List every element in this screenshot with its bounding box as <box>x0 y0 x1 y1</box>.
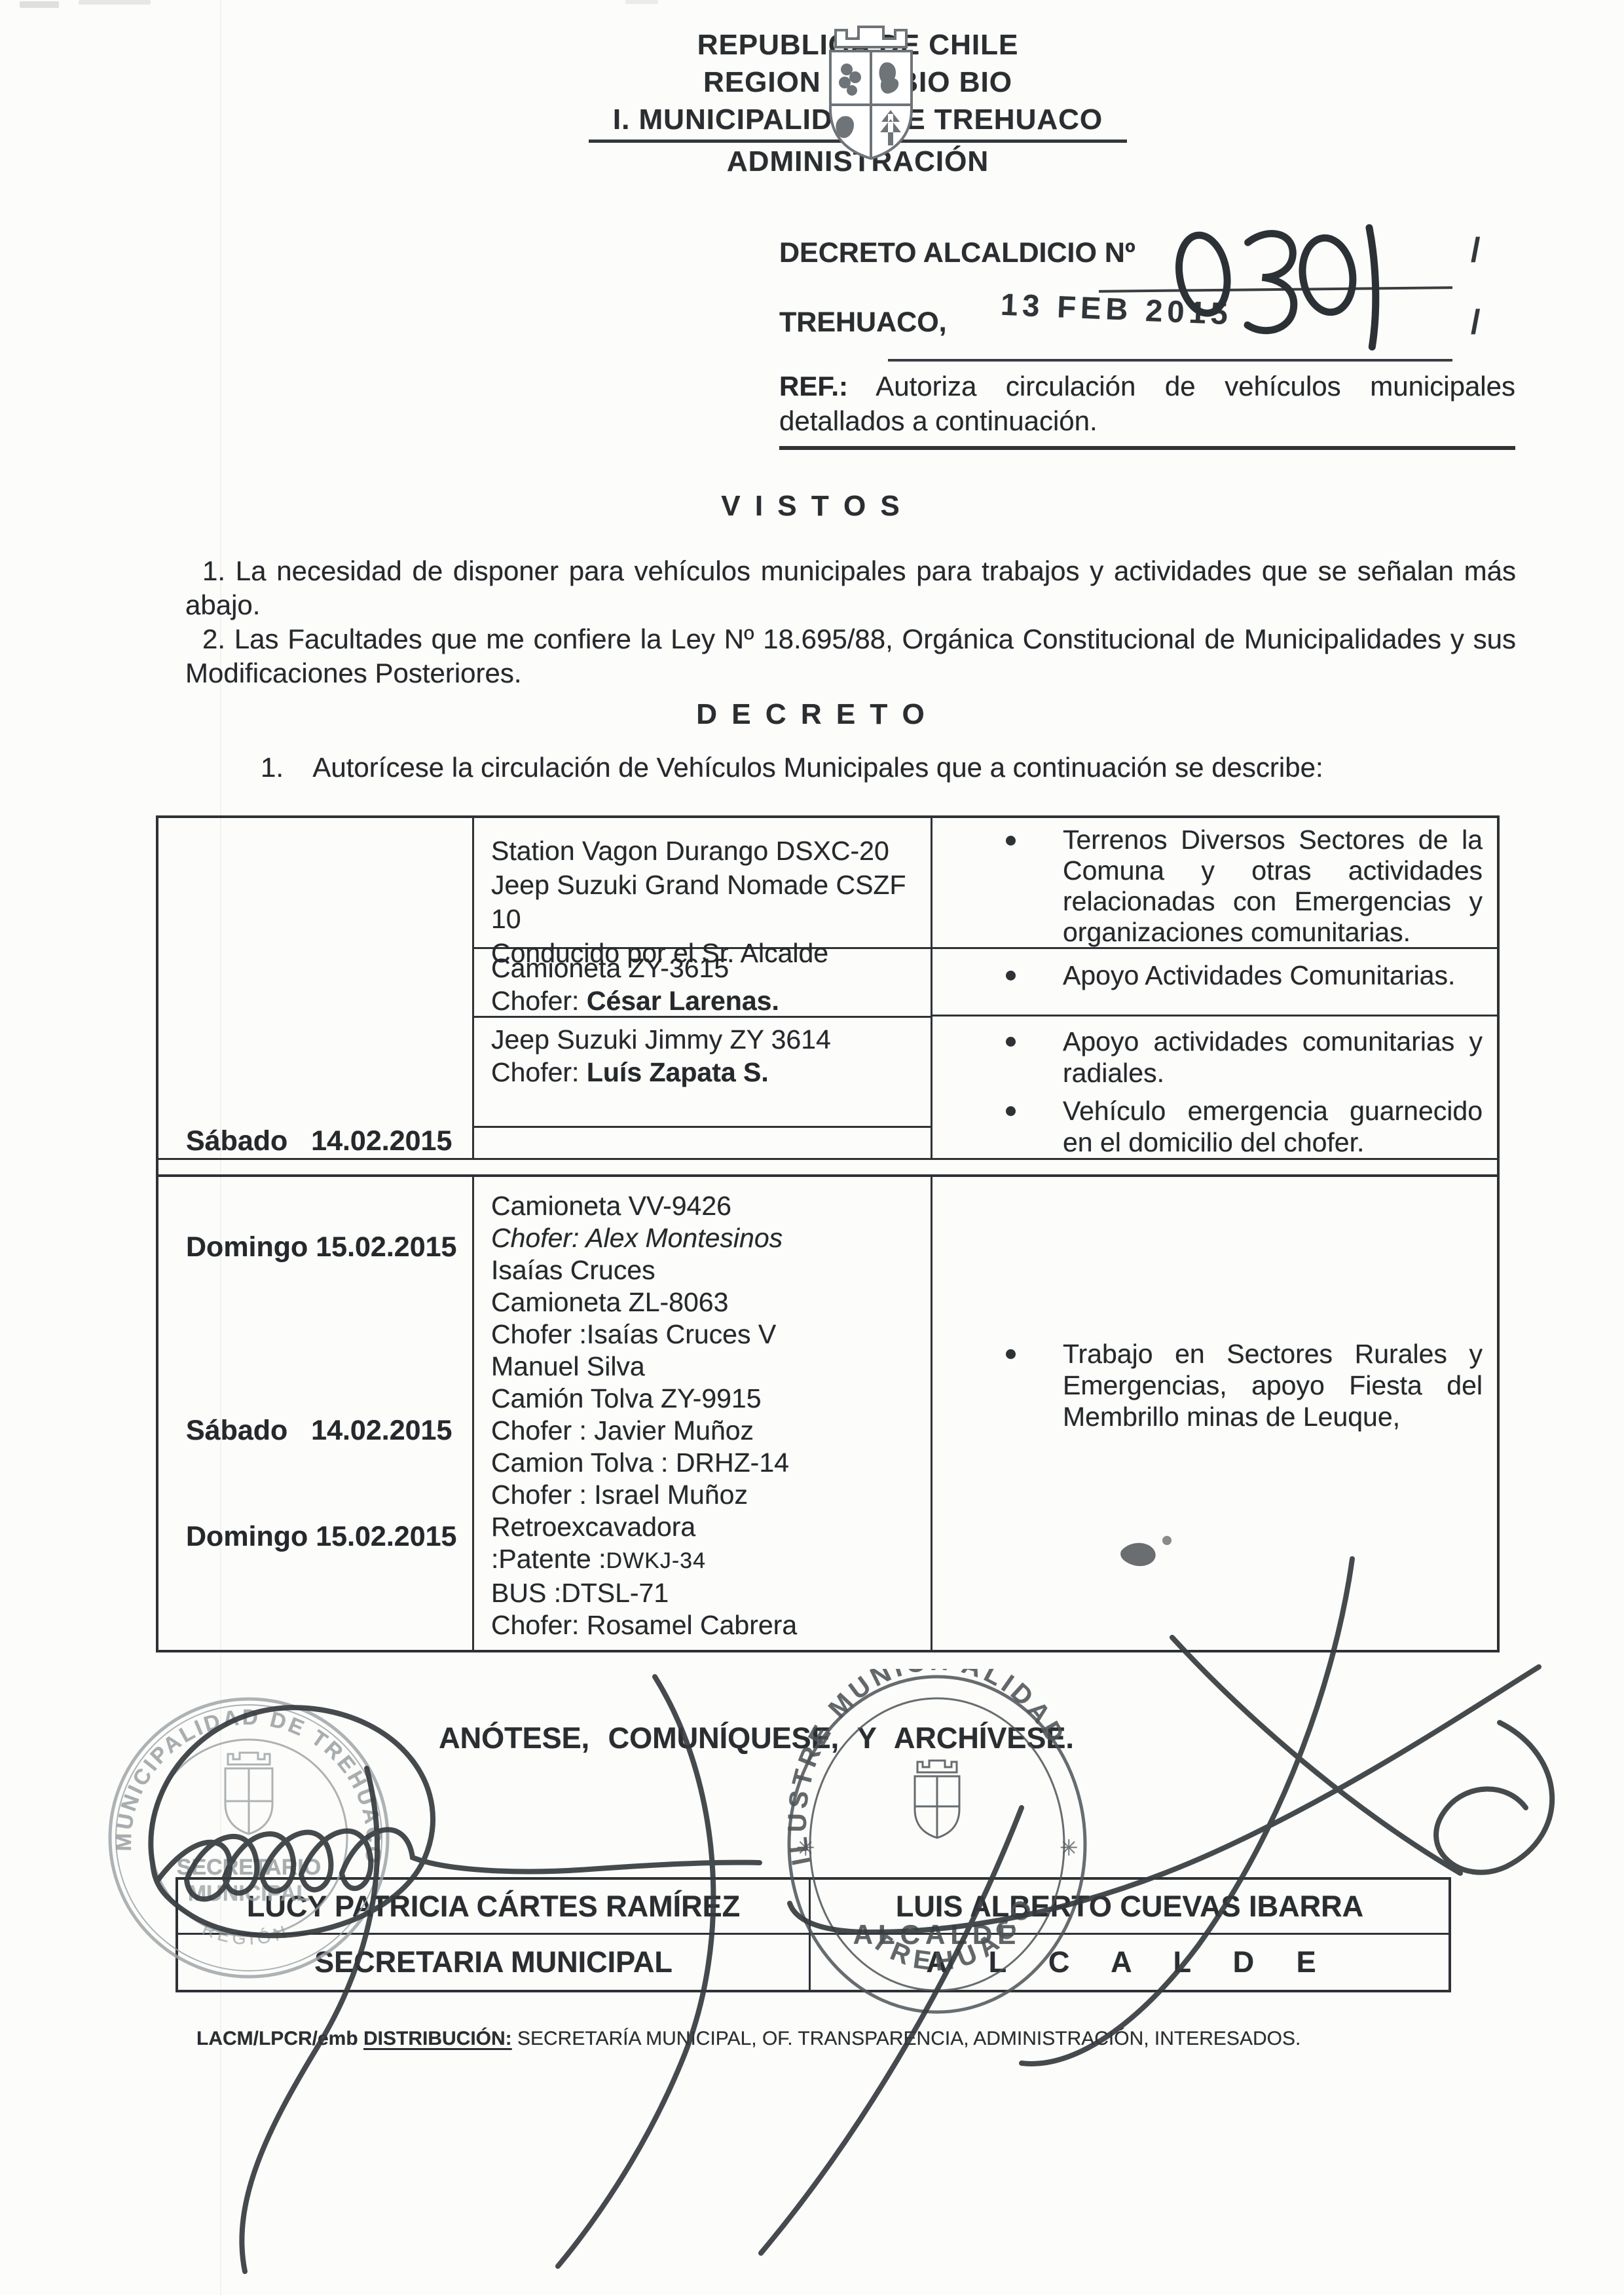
vehicle-line: Camioneta ZY-3615 <box>491 952 916 984</box>
vistos-body: 1. La necesidad de disponer para vehícul… <box>185 554 1516 690</box>
secretary-round-stamp: MUNICIPALIDAD DE TREHUACO REGIÓN SECRETA… <box>92 1681 406 1995</box>
chofer-name: César Larenas. <box>587 986 779 1016</box>
vehicle-line: :Patente :DWKJ-34 <box>491 1543 916 1577</box>
activity-text: Terrenos Diversos Sectores de la Comuna … <box>1063 825 1497 948</box>
vehicle-group: Jeep Suzuki Jimmy ZY 3614 Chofer: Luís Z… <box>474 1018 931 1128</box>
vehicle-line: Chofer: Luís Zapata S. <box>491 1056 916 1089</box>
ref-paragraph: REF.: Autoriza circulación de vehículos … <box>779 369 1515 450</box>
vehicle-line: Chofer :Isaías Cruces V <box>491 1318 916 1351</box>
vehicle-line: Station Vagon Durango DSXC-20 <box>491 834 916 868</box>
activity-group: Trabajo en Sectores Rurales y Emergencia… <box>932 1177 1497 1432</box>
dates-cell: Sábado 14.02.2015 Domingo 15.02.2015 <box>158 818 474 1158</box>
vehicle-line: Jeep Suzuki Grand Nomade CSZF 10 <box>491 868 916 936</box>
vehicle-line: Camión Tolva ZY-9915 <box>491 1383 916 1415</box>
activities-cell: Terrenos Diversos Sectores de la Comuna … <box>932 818 1497 1158</box>
activity-bullet: Trabajo en Sectores Rurales y Emergencia… <box>932 1338 1497 1432</box>
activity-bullet: Vehículo emergencia guarnecido en el dom… <box>932 1095 1497 1158</box>
decree-date-slash: / <box>1471 303 1480 342</box>
table-row: Sábado 14.02.2015 Domingo 15.02.2015 Sta… <box>158 818 1497 1160</box>
activity-bullet: Terrenos Diversos Sectores de la Comuna … <box>932 825 1497 948</box>
ref-label: REF.: <box>779 371 848 401</box>
table-row: Sábado 14.02.2015 Domingo 15.02.2015 Cam… <box>158 1177 1497 1650</box>
decree-place-label: TREHUACO, <box>779 307 947 339</box>
activity-group: Terrenos Diversos Sectores de la Comuna … <box>932 818 1497 949</box>
activity-bullet: Apoyo actividades comunitarias y radiale… <box>932 1026 1497 1089</box>
chofer-label: Chofer: <box>491 1057 587 1087</box>
vehicle-line: Chofer: Rosamel Cabrera <box>491 1609 916 1641</box>
scan-speck <box>625 0 658 4</box>
vehicles-table: Sábado 14.02.2015 Domingo 15.02.2015 Sta… <box>156 815 1500 1652</box>
vistos-item-1: 1. La necesidad de disponer para vehícul… <box>185 554 1516 622</box>
decree-number-slash: / <box>1471 231 1480 270</box>
vehicle-line: Chofer: Alex Montesinos <box>491 1222 916 1254</box>
decreto-title: D E C R E T O <box>0 698 1624 731</box>
vehicle-line: Chofer : Javier Muñoz <box>491 1415 916 1447</box>
decree-number-label: DECRETO ALCALDICIO Nº <box>779 237 1135 269</box>
municipal-coat-of-arms-icon <box>811 17 931 169</box>
footer-distribution-text: SECRETARÍA MUNICIPAL, OF. TRANSPARENCIA,… <box>512 2028 1301 2049</box>
footer-distribution-label: DISTRIBUCIÓN: <box>363 2028 512 2049</box>
bullet-icon <box>1006 1106 1016 1116</box>
scan-speck <box>79 0 151 5</box>
signature-mayor <box>1172 1637 1460 1873</box>
bullet-icon <box>1006 1349 1016 1359</box>
vehicles-cell: Camioneta VV-9426 Chofer: Alex Montesino… <box>474 1177 932 1650</box>
date-line: Sábado 14.02.2015 <box>186 1123 472 1159</box>
vehicle-line: BUS :DTSL-71 <box>491 1577 916 1609</box>
date-line: Domingo 15.02.2015 <box>186 1519 472 1554</box>
bullet-icon <box>1006 1037 1016 1047</box>
footer-distribution: LACM/LPCR/emb DISTRIBUCIÓN: SECRETARÍA M… <box>196 2028 1506 2050</box>
scan-speck <box>20 1 59 8</box>
vehicle-line: Chofer : Israel Muñoz <box>491 1479 916 1511</box>
stamp-ring-text: REGIÓN <box>200 1918 293 1949</box>
activity-text: Apoyo actividades comunitarias y radiale… <box>1063 1026 1497 1089</box>
vehicles-cell: Station Vagon Durango DSXC-20 Jeep Suzuk… <box>474 818 932 1158</box>
vehicle-line: Retroexcavadora <box>491 1511 916 1543</box>
ref-text: Autoriza circulación de vehículos munici… <box>779 371 1515 436</box>
vistos-title: V I S T O S <box>0 490 1624 523</box>
bullet-icon <box>1006 836 1016 846</box>
activity-group: Apoyo Actividades Comunitarias. <box>932 949 1497 1017</box>
stamp-center-text: MUNICIPAL <box>188 1881 310 1906</box>
mayor-oval-stamp: ILUSTRE MUNICIPALIDAD TREHUACO ✳ ✳ ALCAL… <box>777 1669 1098 2023</box>
chofer-name: Luís Zapata S. <box>587 1057 769 1087</box>
patente-value: DWKJ-34 <box>606 1548 706 1573</box>
activity-group: Apoyo actividades comunitarias y radiale… <box>932 1017 1497 1158</box>
activity-bullet: Apoyo Actividades Comunitarias. <box>932 960 1497 991</box>
vehicle-line: Chofer: César Larenas. <box>491 984 916 1017</box>
decreto-item-1: 1. Autorícese la circulación de Vehículo… <box>261 752 1538 783</box>
scanned-decree-page: REPUBLICA DE CHILE REGION DEL BIO BIO I.… <box>0 0 1624 2295</box>
handwritten-decree-number: 0301 <box>1172 211 1408 362</box>
bullet-icon <box>1006 971 1016 980</box>
svg-text:REGIÓN: REGIÓN <box>200 1918 293 1949</box>
vehicle-line: Manuel Silva <box>491 1351 916 1383</box>
vehicle-group: Station Vagon Durango DSXC-20 Jeep Suzuk… <box>474 818 931 949</box>
date-line: Sábado 14.02.2015 <box>186 1413 472 1448</box>
vehicle-line: Jeep Suzuki Jimmy ZY 3614 <box>491 1023 916 1056</box>
activity-text: Vehículo emergencia guarnecido en el dom… <box>1063 1095 1497 1158</box>
vehicle-line: Camioneta VV-9426 <box>491 1190 916 1222</box>
vehicle-line: Camion Tolva : DRHZ-14 <box>491 1447 916 1479</box>
dates-cell: Sábado 14.02.2015 Domingo 15.02.2015 <box>158 1177 474 1650</box>
vehicle-group: Camioneta ZY-3615 Chofer: César Larenas. <box>474 949 931 1018</box>
activity-text: Apoyo Actividades Comunitarias. <box>1063 960 1497 991</box>
stamp-star: ✳ <box>1060 1836 1079 1861</box>
stamp-star: ✳ <box>796 1836 815 1861</box>
vehicle-line: Camioneta ZL-8063 <box>491 1286 916 1318</box>
activity-text: Trabajo en Sectores Rurales y Emergencia… <box>1063 1338 1497 1432</box>
stamp-center-text: SECRETARIO <box>177 1855 321 1880</box>
vistos-item-2: 2. Las Facultades que me confiere la Ley… <box>185 622 1516 690</box>
empty-strip <box>474 1128 931 1158</box>
vehicle-line: Isaías Cruces <box>491 1254 916 1286</box>
stamp-center-text: ALCALDE <box>853 1919 1022 1950</box>
activities-cell: Trabajo en Sectores Rurales y Emergencia… <box>932 1177 1497 1650</box>
footer-initials: LACM/LPCR/emb <box>196 2028 363 2049</box>
chofer-label: Chofer: <box>491 986 587 1016</box>
patente-label: :Patente : <box>491 1544 606 1574</box>
